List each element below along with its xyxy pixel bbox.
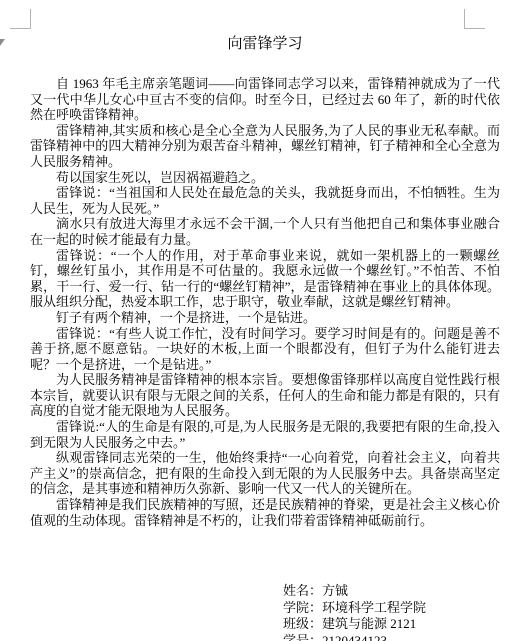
body-paragraph-10[interactable]: 雷锋说:“人的生命是有限的,可是,为人民服务是无限的,我要把有限的生命,投入到无… — [30, 419, 500, 450]
body-paragraph-5[interactable]: 滴水只有放进大海里才永远不会干涸,一个人只有当他把自己和集体事业融合在一起的时候… — [30, 216, 500, 247]
signature-name-row[interactable]: 姓名：方铖 — [283, 583, 426, 600]
body-paragraph-12[interactable]: 雷锋精神是我们民族精神的写照，还是民族精神的脊梁，更是社会主义核心价值观的生动体… — [30, 497, 500, 528]
document-page[interactable]: 向雷锋学习 自 1963 年毛主席亲笔题词――向雷锋同志学习以来，雷锋精神就成为… — [0, 0, 530, 641]
body-paragraph-2[interactable]: 雷锋精神,其实质和核心是全心全意为人民服务,为了人民的事业无私奉献。而雷锋精神中… — [30, 123, 500, 170]
signature-college-row[interactable]: 学院：环境科学工程学院 — [283, 600, 426, 617]
document-body[interactable]: 向雷锋学习 自 1963 年毛主席亲笔题词――向雷锋同志学习以来，雷锋精神就成为… — [30, 34, 500, 528]
page-edge-marker — [0, 39, 5, 46]
signature-class-label: 班级： — [283, 616, 322, 631]
body-paragraph-11[interactable]: 纵观雷锋同志光荣的一生，他始终秉持“一心向着党，向着社会主义，向着共产主义”的崇… — [30, 450, 500, 497]
margin-corner-mark-top-left — [10, 9, 31, 29]
signature-name-value: 方铖 — [322, 583, 348, 598]
signature-class-value: 建筑与能源 2121 — [322, 616, 416, 631]
body-paragraph-7[interactable]: 钉子有两个精神，一个是挤进，一个是钻进。 — [30, 310, 500, 326]
signature-studentid-value: 2120434123 — [322, 633, 387, 641]
margin-corner-mark-top-right — [464, 9, 485, 29]
signature-block[interactable]: 姓名：方铖 学院：环境科学工程学院 班级：建筑与能源 2121 学号：21204… — [283, 583, 426, 641]
signature-college-value: 环境科学工程学院 — [322, 600, 426, 615]
signature-class-row[interactable]: 班级：建筑与能源 2121 — [283, 616, 426, 633]
signature-studentid-label: 学号： — [283, 633, 322, 641]
body-paragraph-9[interactable]: 为人民服务精神是雷锋精神的根本宗旨。要想像雷锋那样以高度自觉性践行根本宗旨，就要… — [30, 372, 500, 419]
body-paragraph-6[interactable]: 雷锋说：“一个人的作用，对于革命事业来说，就如一架机器上的一颗螺丝钉，螺丝钉虽小… — [30, 248, 500, 310]
body-paragraph-8[interactable]: 雷锋说：“有些人说工作忙，没有时间学习。要学习时间是有的。问题是善不善于挤,愿不… — [30, 326, 500, 373]
body-paragraph-3[interactable]: 苟以国家生死以，岂因祸福避趋之。 — [30, 170, 500, 186]
signature-name-label: 姓名： — [283, 583, 322, 598]
signature-studentid-row[interactable]: 学号：2120434123 — [283, 633, 426, 641]
document-title[interactable]: 向雷锋学习 — [30, 34, 500, 54]
signature-college-label: 学院： — [283, 600, 322, 615]
body-paragraph-1[interactable]: 自 1963 年毛主席亲笔题词――向雷锋同志学习以来，雷锋精神就成为了一代又一代… — [30, 76, 500, 123]
body-paragraph-4[interactable]: 雷锋说：“当祖国和人民处在最危急的关头，我就挺身而出，不怕牺牲。生为人民生，死为… — [30, 185, 500, 216]
